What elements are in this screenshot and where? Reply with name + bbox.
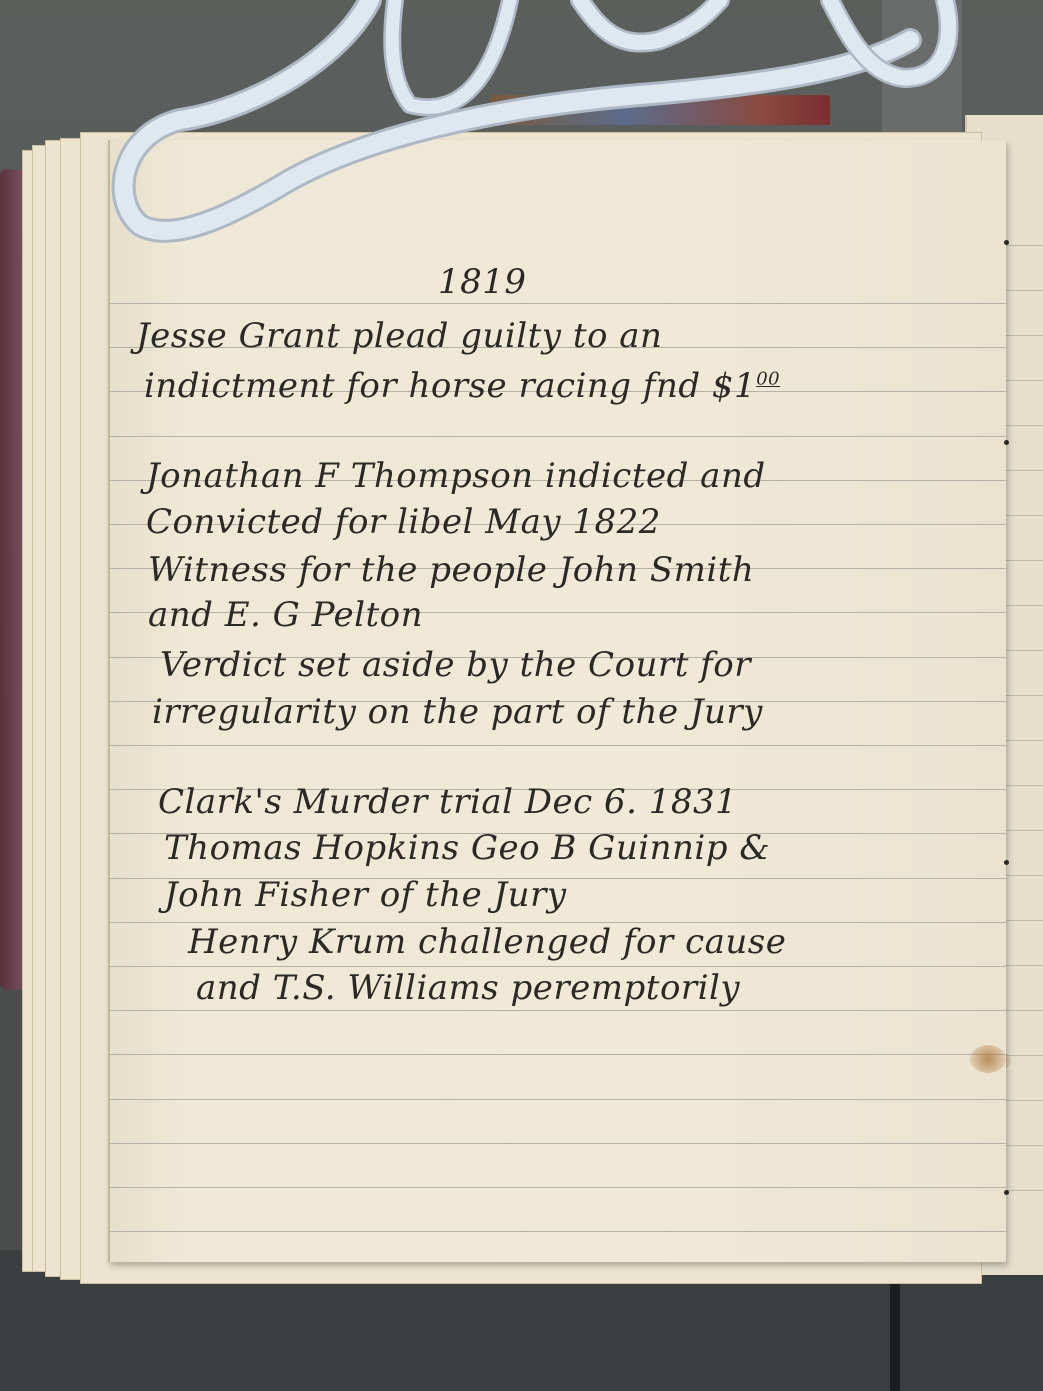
entry-3-line-4: Henry Krum challenged for cause [188,922,786,962]
entry-3-line-2: Thomas Hopkins Geo B Guinnip & [164,828,770,868]
entry-2-line-4: and E. G Pelton [148,595,423,635]
entry-2-line-1: Jonathan F Thompson indicted and [146,456,766,496]
entry-2-line-5: Verdict set aside by the Court for [160,645,751,685]
binding-hole [1004,240,1009,245]
entry-3-line-1: Clark's Murder trial Dec 6. 1831 [158,782,737,822]
entry-3-line-3: John Fisher of the Jury [164,875,567,915]
background-panel [882,0,962,140]
header-year: 1819 [438,262,527,302]
entry-1-line-2: indictment for horse racing fnd $100 [144,366,780,406]
binding-hole [1004,860,1009,865]
entry-2-line-3: Witness for the people John Smith [148,550,754,590]
binding-hole [1004,1190,1009,1195]
background-seam [890,1270,900,1391]
entry-2-line-6: irregularity on the part of the Jury [152,692,763,732]
marbled-cover-top [490,95,830,125]
handwritten-text: 1819 Jesse Grant plead guilty to an indi… [108,140,1004,1262]
entry-1-line-1: Jesse Grant plead guilty to an [136,316,662,356]
entry-3-line-5: and T.S. Williams peremptorily [196,968,740,1008]
entry-2-line-2: Convicted for libel May 1822 [146,502,661,542]
fine-cents: 00 [756,369,780,390]
binding-hole [1004,440,1009,445]
